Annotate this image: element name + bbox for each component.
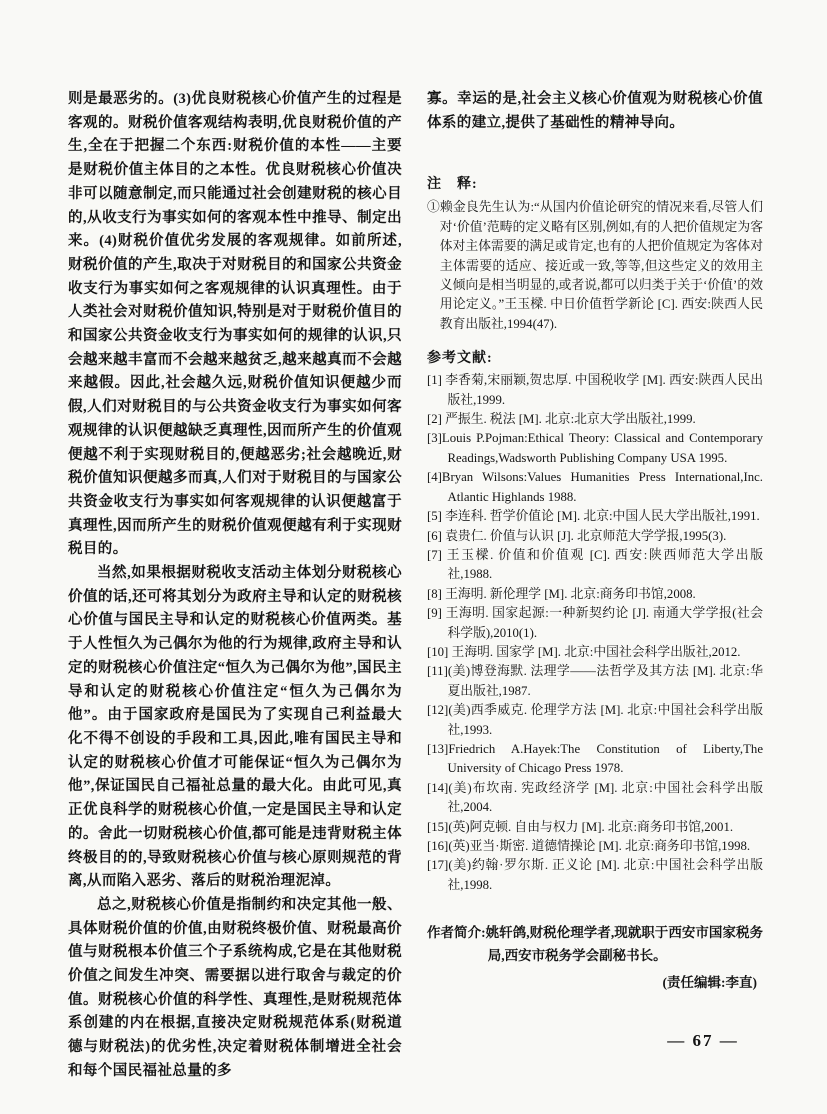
author-bio-text: 姚轩鸽,财税伦理学者,现就职于西安市国家税务局,西安市税务学会副秘书长。 — [486, 925, 763, 963]
notes-heading: 注 释: — [427, 173, 763, 193]
reference-item: [10] 王海明. 国家学 [M]. 北京:中国社会科学出版社,2012. — [427, 643, 763, 662]
scanned-paper-page: 则是最恶劣的。(3)优良财税核心价值产生的过程是客观的。财税价值客观结构表明,优… — [0, 0, 827, 1114]
reference-item: [6] 袁贵仁. 价值与认识 [J]. 北京师范大学学报,1995(3). — [427, 527, 763, 546]
reference-item: [12](美)西季威克. 伦理学方法 [M]. 北京:中国社会科学出版社,199… — [427, 701, 763, 740]
body-paragraph-continuation: 寡。幸运的是,社会主义核心价值观为财税核心价值体系的建立,提供了基础性的精神导向… — [427, 88, 763, 135]
body-paragraph: 当然,如果根据财税收支活动主体划分财税核心价值的话,还可将其划分为政府主导和认定… — [68, 562, 402, 894]
reference-item: [4]Bryan Wilsons:Values Humanities Press… — [427, 468, 763, 507]
reference-item: [13]Friedrich A.Hayek:The Constitution o… — [427, 740, 763, 779]
reference-item: [11](美)博登海默. 法理学——法哲学及其方法 [M]. 北京:华夏出版社,… — [427, 662, 763, 701]
page-number: — 67 — — [648, 1031, 758, 1051]
reference-item: [9] 王海明. 国家起源:一种新契约论 [J]. 南通大学学报(社会科学版),… — [427, 604, 763, 643]
references-heading: 参考文献: — [427, 347, 763, 367]
right-column: 寡。幸运的是,社会主义核心价值观为财税核心价值体系的建立,提供了基础性的精神导向… — [427, 88, 763, 991]
reference-item: [2] 严振生. 税法 [M]. 北京:北京大学出版社,1999. — [427, 410, 763, 429]
reference-item: [16](英)亚当·斯密. 道德情操论 [M]. 北京:商务印书馆,1998. — [427, 837, 763, 856]
reference-item: [15](英)阿克顿. 自由与权力 [M]. 北京:商务印书馆,2001. — [427, 818, 763, 837]
reference-item: [14](美)布坎南. 宪政经济学 [M]. 北京:中国社会科学出版社,2004… — [427, 779, 763, 818]
reference-item: [5] 李连科. 哲学价值论 [M]. 北京:中国人民大学出版社,1991. — [427, 507, 763, 526]
left-column: 则是最恶劣的。(3)优良财税核心价值产生的过程是客观的。财税价值客观结构表明,优… — [68, 88, 402, 1084]
editor-credit: (责任编辑:李直) — [427, 971, 757, 991]
body-paragraph-continuation: 则是最恶劣的。(3)优良财税核心价值产生的过程是客观的。财税价值客观结构表明,优… — [68, 88, 402, 562]
reference-item: [8] 王海明. 新伦理学 [M]. 北京:商务印书馆,2008. — [427, 585, 763, 604]
author-bio: 作者简介:姚轩鸽,财税伦理学者,现就职于西安市国家税务局,西安市税务学会副秘书长… — [427, 921, 763, 967]
note-item: ①赖金良先生认为:“从国内价值论研究的情况来看,尽管人们对‘价值’范畴的定义略有… — [427, 198, 763, 334]
reference-list: [1] 李香菊,宋丽颖,贺忠厚. 中国税收学 [M]. 西安:陕西人民出版社,1… — [427, 371, 763, 895]
reference-item: [1] 李香菊,宋丽颖,贺忠厚. 中国税收学 [M]. 西安:陕西人民出版社,1… — [427, 371, 763, 410]
reference-item: [17](美)约翰·罗尔斯. 正义论 [M]. 北京:中国社会科学出版社,199… — [427, 856, 763, 895]
reference-item: [7] 王玉樑. 价值和价值观 [C]. 西安:陕西师范大学出版社,1988. — [427, 546, 763, 585]
reference-item: [3]Louis P.Pojman:Ethical Theory: Classi… — [427, 429, 763, 468]
body-paragraph: 总之,财税核心价值是指制约和决定其他一般、具体财税价值的价值,由财税终极价值、财… — [68, 894, 402, 1084]
author-bio-label: 作者简介: — [427, 925, 486, 940]
